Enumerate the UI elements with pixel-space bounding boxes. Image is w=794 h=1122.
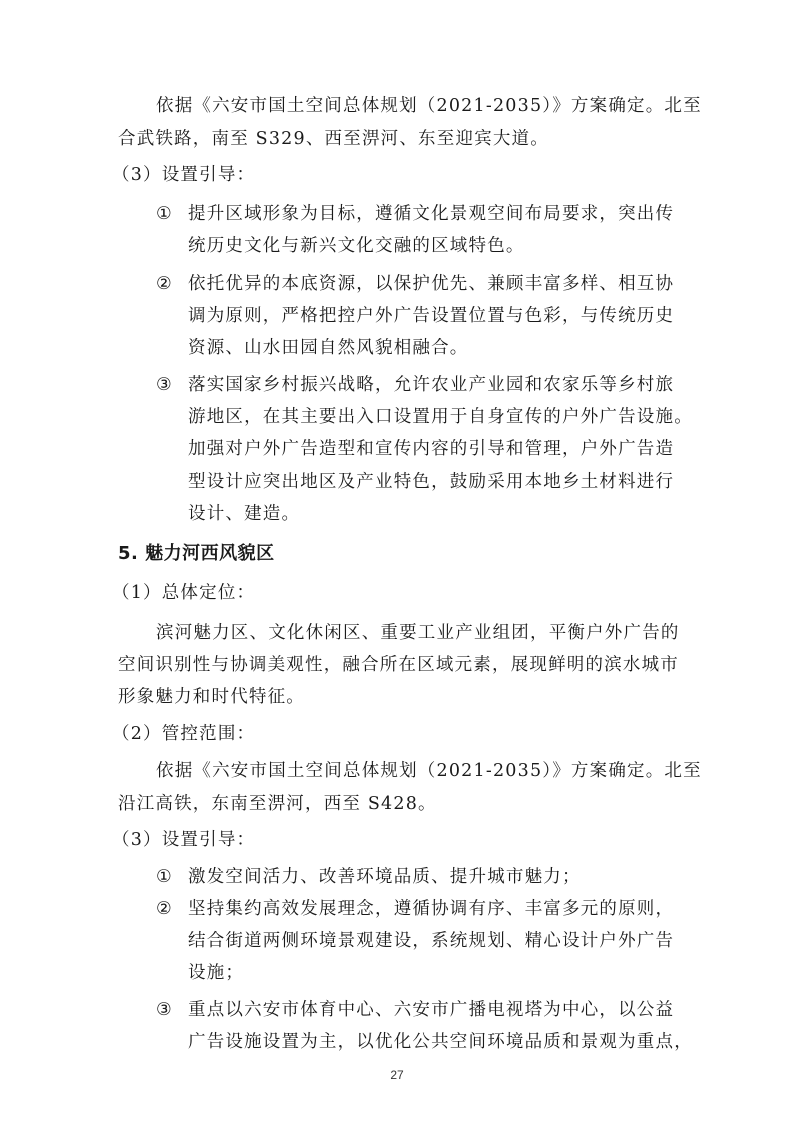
list-item-line: 广告设施设置为主，以优化公共空间环境品质和景观为重点，: [188, 1031, 693, 1053]
list-item-line: 依托优异的本底资源，以保护优先、兼顾丰富多样、相互协: [188, 273, 674, 295]
list-marker: ②: [156, 898, 173, 920]
list-item-line: 结合街道两侧环境景观建设，系统规划、精心设计户外广告: [188, 930, 674, 952]
list-item-line: 坚持集约高效发展理念，遵循协调有序、丰富多元的原则，: [188, 898, 674, 920]
list-marker: ③: [156, 374, 173, 396]
subheading-control: （2）管控范围：: [112, 723, 255, 745]
paragraph-line: 空间识别性与协调美观性，融合所在区域元素，展现鲜明的滨水城市: [118, 654, 679, 676]
list-item-line: 型设计应突出地区及产业特色，鼓励采用本地乡土材料进行: [188, 471, 674, 493]
list-item-line: 资源、山水田园自然风貌相融合。: [188, 337, 469, 359]
paragraph-line: 沿江高铁，东南至淠河，西至 S428。: [118, 793, 437, 815]
list-item-line: 设计、建造。: [188, 503, 300, 525]
section-heading: 5. 魅力河西风貌区: [118, 543, 275, 565]
subheading-positioning: （1）总体定位：: [112, 582, 255, 604]
subheading-guide: （3）设置引导：: [112, 164, 255, 186]
list-item-line: 重点以六安市体育中心、六安市广播电视塔为中心，以公益: [188, 999, 674, 1021]
list-marker: ③: [156, 999, 173, 1021]
paragraph-line: 依据《六安市国土空间总体规划（2021-2035）》方案确定。北至: [156, 760, 702, 782]
list-marker: ①: [156, 866, 173, 888]
list-item-line: 加强对户外广告造型和宣传内容的引导和管理，户外广告造: [188, 438, 674, 460]
list-item-line: 激发空间活力、改善环境品质、提升城市魅力；: [188, 866, 581, 888]
list-item-line: 统历史文化与新兴文化交融的区域特色。: [188, 235, 525, 257]
list-item-line: 落实国家乡村振兴战略，允许农业产业园和农家乐等乡村旅: [188, 374, 674, 396]
paragraph-line: 滨河魅力区、文化休闲区、重要工业产业组团，平衡户外广告的: [156, 622, 680, 644]
subheading-guide: （3）设置引导：: [112, 829, 255, 851]
list-item-line: 游地区，在其主要出入口设置用于自身宣传的户外广告设施。: [188, 406, 693, 428]
list-item-line: 提升区域形象为目标，遵循文化景观空间布局要求，突出传: [188, 203, 674, 225]
paragraph-line: 依据《六安市国土空间总体规划（2021-2035）》方案确定。北至: [156, 95, 702, 117]
list-item-line: 调为原则，严格把控户外广告设置位置与色彩，与传统历史: [188, 305, 674, 327]
paragraph-line: 合武铁路，南至 S329、西至淠河、东至迎宾大道。: [118, 128, 549, 150]
list-marker: ①: [156, 203, 173, 225]
paragraph-line: 形象魅力和时代特征。: [118, 686, 305, 708]
page-number: 27: [0, 1068, 794, 1082]
list-item-line: 设施；: [188, 962, 244, 984]
list-marker: ②: [156, 273, 173, 295]
